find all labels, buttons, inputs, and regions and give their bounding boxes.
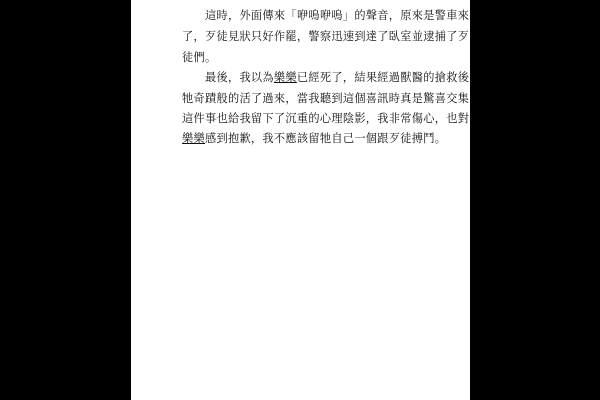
underlined-name: 樂樂	[274, 71, 297, 84]
text-span: 感到抱歉，我不應該留牠自己一個跟歹徒搏鬥。	[205, 132, 446, 145]
text-line: 牠奇蹟般的活了過來，當我聽到這個喜訊時真是驚喜交集	[182, 92, 469, 106]
text-line: 這時，外面傳來「咿嗚咿嗚」的聲音，原來是警車來	[182, 9, 469, 23]
text-line: 樂樂感到抱歉，我不應該留牠自己一個跟歹徒搏鬥。	[182, 132, 446, 146]
text-span: 牠奇蹟般的活了過來，當我聽到這個喜訊時真是驚喜交集	[182, 92, 469, 105]
text-line: 了，歹徒見狀只好作罷，警察迅速到達了臥室並逮捕了歹	[182, 30, 469, 44]
text-span: 已經死了，結果經過獸醫的搶救後，	[297, 71, 481, 84]
text-span: 最後，我以為	[182, 71, 274, 84]
text-line: 這件事也給我留下了沉重的心理陰影，我非常傷心，也對	[182, 112, 469, 126]
document-page: 這時，外面傳來「咿嗚咿嗚」的聲音，原來是警車來 了，歹徒見狀只好作罷，警察迅速到…	[131, 0, 470, 400]
underlined-name: 樂樂	[182, 132, 205, 145]
text-line: 最後，我以為樂樂已經死了，結果經過獸醫的搶救後，	[182, 71, 481, 85]
text-line: 徒們。	[182, 51, 216, 65]
text-span: 這件事也給我留下了沉重的心理陰影，我非常傷心，也對	[182, 112, 469, 125]
